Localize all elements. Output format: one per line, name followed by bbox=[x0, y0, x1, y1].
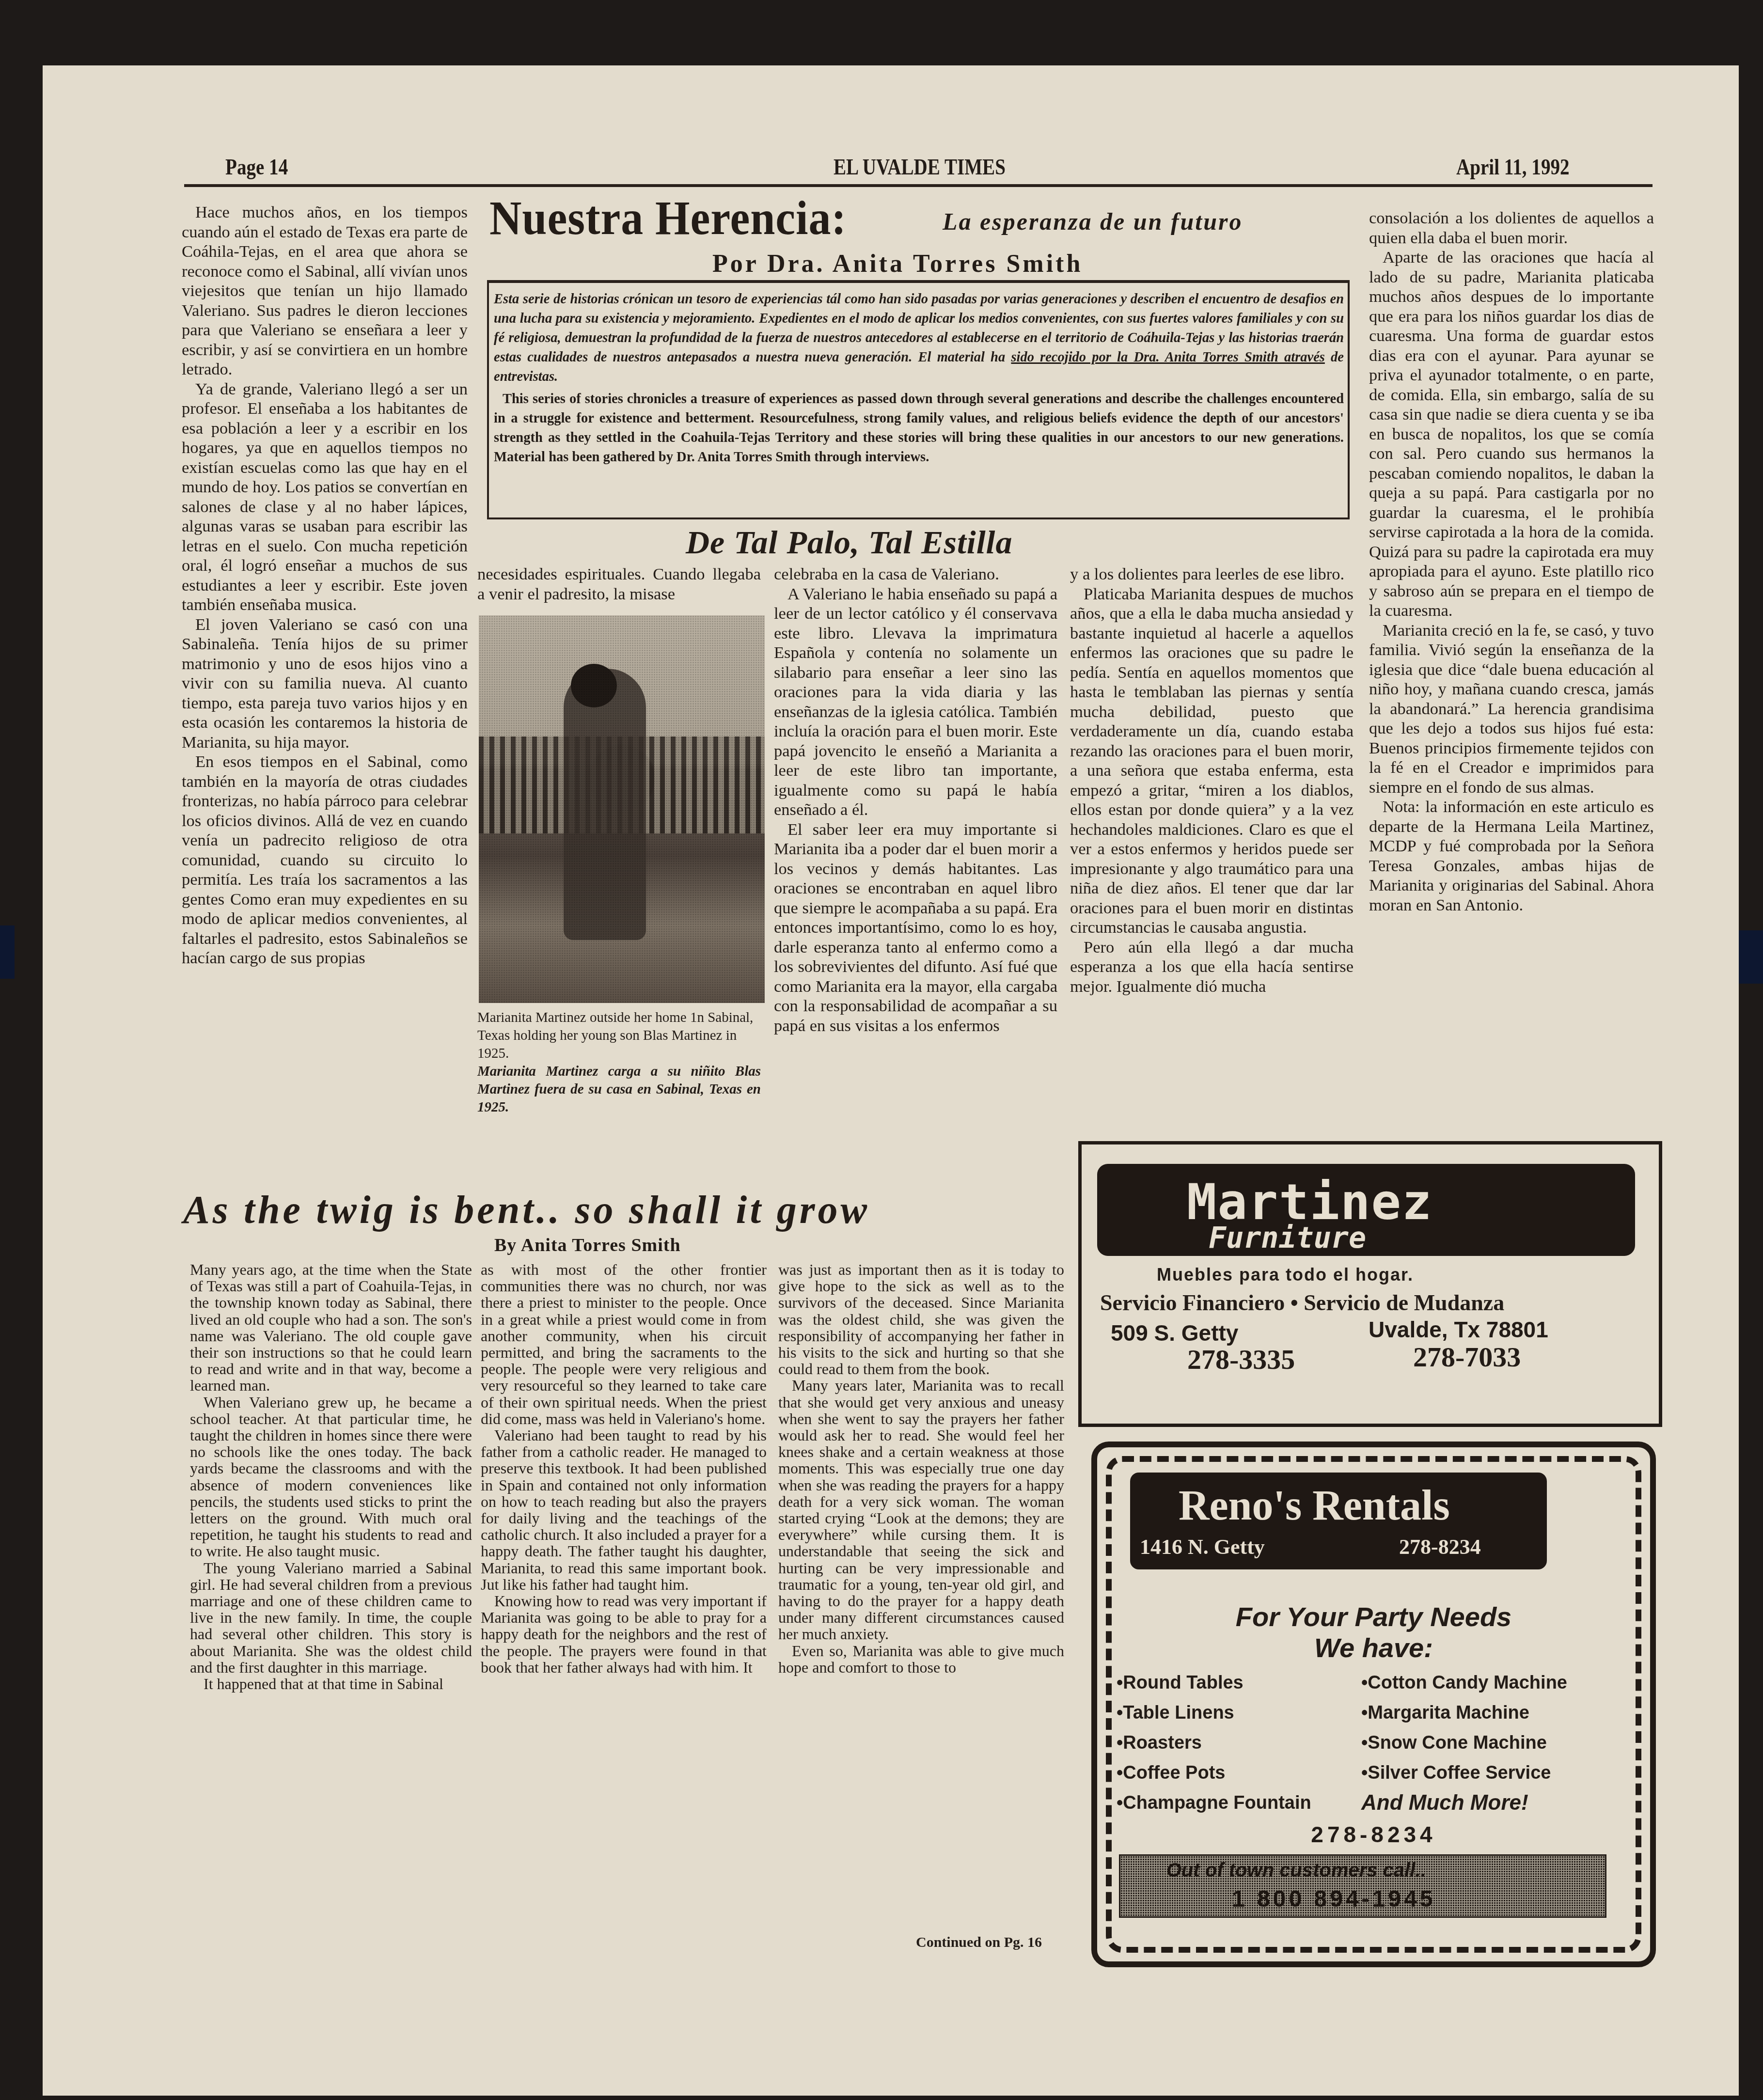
series-intro-box: Esta serie de historias crónican un teso… bbox=[487, 280, 1350, 519]
paragraph: Many years later, Marianita was to recal… bbox=[778, 1377, 1064, 1642]
paragraph: It happened that at that time in Sabinal bbox=[190, 1676, 472, 1692]
photo-halftone bbox=[479, 615, 765, 1003]
paragraph: y a los dolientes para leerles de ese li… bbox=[1070, 564, 1354, 584]
paragraph: Valeriano had been taught to read by his… bbox=[481, 1427, 767, 1593]
renos-name: Reno's Rentals bbox=[1179, 1481, 1450, 1530]
list-item: •Silver Coffee Service bbox=[1361, 1759, 1633, 1787]
intro-english: This series of stories chronicles a trea… bbox=[494, 390, 1344, 467]
photo-caption: Marianita Martinez outside her home 1n S… bbox=[477, 1009, 761, 1116]
masthead: Page 14 EL UVALDE TIMES April 11, 1992 bbox=[184, 154, 1653, 193]
paragraph: as with most of the other frontier commu… bbox=[481, 1261, 767, 1427]
martinez-city: Uvalde, Tx 78801 bbox=[1369, 1316, 1548, 1343]
es-column-2: necesidades espirituales. Cuando llegaba… bbox=[477, 564, 761, 604]
es-column-4: y a los dolientes para leerles de ese li… bbox=[1070, 564, 1354, 996]
es-column-3: celebraba en la casa de Valeriano. A Val… bbox=[774, 564, 1057, 1035]
toll-free-number: 1 800 894-1945 bbox=[1232, 1886, 1435, 1912]
martinez-tagline: Muebles para todo el hogar. bbox=[1157, 1265, 1414, 1285]
list-item: •Cotton Candy Machine bbox=[1361, 1669, 1633, 1696]
list-item: •Snow Cone Machine bbox=[1361, 1729, 1633, 1756]
martinez-phone-1: 278-3335 bbox=[1187, 1343, 1295, 1376]
paragraph: Nota: la información en este articulo es… bbox=[1369, 797, 1654, 915]
paragraph: Even so, Marianita was able to give much… bbox=[778, 1643, 1064, 1676]
martinez-kind: Furniture bbox=[1209, 1221, 1366, 1255]
list-item: •Table Linens bbox=[1117, 1699, 1361, 1726]
caption-english: Marianita Martinez outside her home 1n S… bbox=[477, 1009, 761, 1063]
paragraph: El joven Valeriano se casó con una Sabin… bbox=[182, 615, 468, 752]
list-item: •Margarita Machine bbox=[1361, 1699, 1633, 1726]
renos-main-phone: 278-8234 bbox=[1097, 1821, 1650, 1848]
list-item: •Champagne Fountain bbox=[1117, 1789, 1361, 1817]
renos-tagline: For Your Party Needs We have: bbox=[1097, 1601, 1650, 1663]
page-number: Page 14 bbox=[225, 154, 288, 180]
historic-photo-marianita bbox=[479, 615, 765, 1003]
paragraph: Marianita creció en la fe, se casó, y tu… bbox=[1369, 621, 1654, 798]
martinez-phone-2: 278-7033 bbox=[1413, 1341, 1521, 1373]
article-title-en: As the twig is bent.. so shall it grow bbox=[183, 1187, 870, 1233]
paragraph: The young Valeriano married a Sabinal gi… bbox=[190, 1560, 472, 1676]
paragraph: El saber leer era muy importante si Mari… bbox=[774, 820, 1057, 1036]
paragraph: A Valeriano le habia enseñado su papá a … bbox=[774, 584, 1057, 820]
article-title-es: Nuestra Herencia: bbox=[489, 190, 847, 246]
and-much-more: And Much More! bbox=[1361, 1789, 1633, 1817]
paragraph: necesidades espirituales. Cuando llegaba… bbox=[477, 564, 761, 604]
paragraph: When Valeriano grew up, he became a scho… bbox=[190, 1394, 472, 1560]
caption-spanish: Marianita Martinez carga a su niñito Bla… bbox=[477, 1063, 761, 1116]
martinez-logo: Martinez Furniture bbox=[1097, 1164, 1635, 1256]
out-of-town-callout: Out of town customers call.. 1 800 894-1… bbox=[1119, 1854, 1606, 1918]
en-column-3: was just as important then as it is toda… bbox=[778, 1261, 1064, 1676]
byline-es: Por Dra. Anita Torres Smith bbox=[712, 250, 1083, 278]
paragraph: Many years ago, at the time when the Sta… bbox=[190, 1261, 472, 1394]
renos-item-list: •Round Tables •Cotton Candy Machine •Tab… bbox=[1117, 1669, 1640, 1817]
ad-renos-rentals: Reno's Rentals 1416 N. Getty 278-8234 Fo… bbox=[1091, 1442, 1656, 1967]
paragraph: Hace muchos años, en los tiempos cuando … bbox=[182, 203, 468, 379]
es-column-5: consolación a los dolientes de aquellos … bbox=[1369, 208, 1654, 915]
paragraph: Knowing how to read was very important i… bbox=[481, 1593, 767, 1676]
paragraph: Ya de grande, Valeriano llegó a ser un p… bbox=[182, 379, 468, 615]
list-item: •Coffee Pots bbox=[1117, 1759, 1361, 1787]
paragraph: Pero aún ella llegó a dar mucha esperanz… bbox=[1070, 938, 1354, 997]
renos-logo: Reno's Rentals 1416 N. Getty 278-8234 bbox=[1130, 1473, 1547, 1569]
paragraph: Aparte de las oraciones que hacía al lad… bbox=[1369, 248, 1654, 621]
paragraph: Platicaba Marianita despues de muchos añ… bbox=[1070, 584, 1354, 938]
martinez-address: 509 S. Getty bbox=[1111, 1320, 1238, 1346]
renos-logo-phone: 278-8234 bbox=[1399, 1535, 1481, 1559]
continued-notice: Continued on Pg. 16 bbox=[916, 1934, 1042, 1951]
paragraph: was just as important then as it is toda… bbox=[778, 1261, 1064, 1377]
masthead-rule bbox=[184, 184, 1653, 187]
renos-address: 1416 N. Getty bbox=[1140, 1535, 1265, 1559]
en-column-2: as with most of the other frontier commu… bbox=[481, 1261, 767, 1676]
article-subtitle-es: La esperanza de un futuro bbox=[943, 207, 1243, 235]
newspaper-title: EL UVALDE TIMES bbox=[834, 154, 1006, 180]
paragraph: En esos tiempos en el Sabinal, como tamb… bbox=[182, 752, 468, 968]
intro-spanish: Esta serie de historias crónican un teso… bbox=[494, 290, 1344, 387]
issue-date: April 11, 1992 bbox=[1456, 154, 1570, 180]
list-item: •Round Tables bbox=[1117, 1669, 1361, 1696]
list-item: •Roasters bbox=[1117, 1729, 1361, 1756]
martinez-services: Servicio Financiero • Servicio de Mudanz… bbox=[1100, 1290, 1504, 1316]
paragraph: celebraba en la casa de Valeriano. bbox=[774, 564, 1057, 584]
ad-martinez-furniture: Martinez Furniture Muebles para todo el … bbox=[1078, 1141, 1662, 1427]
scan-edge-mark-left bbox=[0, 925, 15, 979]
es-column-1: Hace muchos años, en los tiempos cuando … bbox=[182, 203, 468, 968]
section-title-es: De Tal Palo, Tal Estilla bbox=[686, 523, 1012, 562]
en-column-1: Many years ago, at the time when the Sta… bbox=[190, 1261, 472, 1692]
paragraph: consolación a los dolientes de aquellos … bbox=[1369, 208, 1654, 248]
byline-en: By Anita Torres Smith bbox=[494, 1235, 681, 1256]
